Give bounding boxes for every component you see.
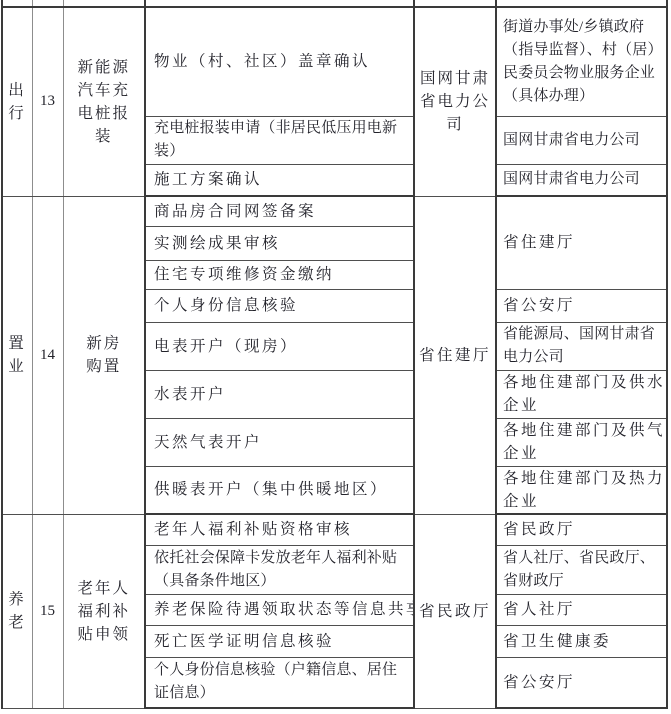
sub-item-cell: 水表开户 bbox=[145, 370, 414, 418]
lead-dept-cell bbox=[414, 0, 496, 7]
resp-dept-cell: 省人社厅 bbox=[496, 594, 667, 625]
resp-dept-cell: 国网甘肃省电力公司 bbox=[496, 164, 667, 196]
service-name-cell bbox=[63, 0, 145, 7]
sub-item-cell: 商品房合同网签备案 bbox=[145, 196, 414, 226]
sub-item-cell: 住宅专项维修资金缴纳 bbox=[145, 260, 414, 289]
service-name-cell: 新房 购置 bbox=[63, 196, 145, 514]
table-row: 置 业 14 新房 购置 商品房合同网签备案 省住建厅 省住建厅 bbox=[2, 196, 667, 226]
sub-item-cell: 电表开户（现房） bbox=[145, 322, 414, 370]
category-cell bbox=[2, 0, 32, 7]
table-row: 养 老 15 老年人 福利补 贴申领 老年人福利补贴资格审核 省民政厅 省民政厅 bbox=[2, 514, 667, 545]
sub-item-cell: 供暖表开户（集中供暖地区） bbox=[145, 466, 414, 514]
resp-dept-cell: 省民政厅 bbox=[496, 514, 667, 545]
resp-dept-cell: 省住建厅 bbox=[496, 196, 667, 289]
resp-dept-cell: 各地住建部门及供水 企业 bbox=[496, 370, 667, 418]
sub-item-cell: 个人身份信息核验 bbox=[145, 289, 414, 322]
category-cell: 置 业 bbox=[2, 196, 32, 514]
row-number-cell: 14 bbox=[32, 196, 63, 514]
sub-item-cell: 实测绘成果审核 bbox=[145, 226, 414, 260]
resp-dept-cell: 各地住建部门及供气 企业 bbox=[496, 418, 667, 466]
resp-dept-cell: 省能源局、国网甘肃省 电力公司 bbox=[496, 322, 667, 370]
sub-item-cell: 施工方案确认 bbox=[145, 164, 414, 196]
category-cell: 养 老 bbox=[2, 514, 32, 708]
sub-item-cell: 物业（村、社区）盖章确认 bbox=[145, 7, 414, 116]
sub-item-cell: 充电桩报装申请（非居民低压用电新 装） bbox=[145, 116, 414, 164]
lead-dept-cell: 省民政厅 bbox=[414, 514, 496, 708]
table-row: 出 行 13 新能源 汽车充 电桩报 装 物业（村、社区）盖章确认 国网甘肃 省… bbox=[2, 7, 667, 116]
sub-item-cell bbox=[145, 0, 414, 7]
resp-dept-cell: 省公安厅 bbox=[496, 657, 667, 708]
lead-dept-cell: 国网甘肃 省电力公 司 bbox=[414, 7, 496, 196]
resp-dept-cell: 省卫生健康委 bbox=[496, 625, 667, 657]
resp-dept-cell bbox=[496, 0, 667, 7]
sub-item-cell: 个人身份信息核验（户籍信息、居住 证信息） bbox=[145, 657, 414, 708]
lead-dept-cell: 省住建厅 bbox=[414, 196, 496, 514]
resp-dept-cell: 各地住建部门及热力 企业 bbox=[496, 466, 667, 514]
resp-dept-cell: 国网甘肃省电力公司 bbox=[496, 116, 667, 164]
resp-dept-cell: 省公安厅 bbox=[496, 289, 667, 322]
table-row-partial bbox=[2, 0, 667, 7]
resp-dept-cell: 省人社厅、省民政厅、 省财政厅 bbox=[496, 545, 667, 594]
row-number-cell bbox=[32, 0, 63, 7]
row-number-cell: 15 bbox=[32, 514, 63, 708]
category-cell: 出 行 bbox=[2, 7, 32, 196]
sub-item-cell: 天然气表开户 bbox=[145, 418, 414, 466]
service-name-cell: 新能源 汽车充 电桩报 装 bbox=[63, 7, 145, 196]
resp-dept-cell: 街道办事处/乡镇政府 （指导监督）、村（居） 民委员会物业服务企业 （具体办理） bbox=[496, 7, 667, 116]
sub-item-cell: 死亡医学证明信息核验 bbox=[145, 625, 414, 657]
sub-item-cell: 老年人福利补贴资格审核 bbox=[145, 514, 414, 545]
services-table: 出 行 13 新能源 汽车充 电桩报 装 物业（村、社区）盖章确认 国网甘肃 省… bbox=[1, 0, 668, 709]
sub-item-cell: 养老保险待遇领取状态等信息共享 bbox=[145, 594, 414, 625]
sub-item-cell: 依托社会保障卡发放老年人福利补贴 （具备条件地区） bbox=[145, 545, 414, 594]
row-number-cell: 13 bbox=[32, 7, 63, 196]
service-name-cell: 老年人 福利补 贴申领 bbox=[63, 514, 145, 708]
